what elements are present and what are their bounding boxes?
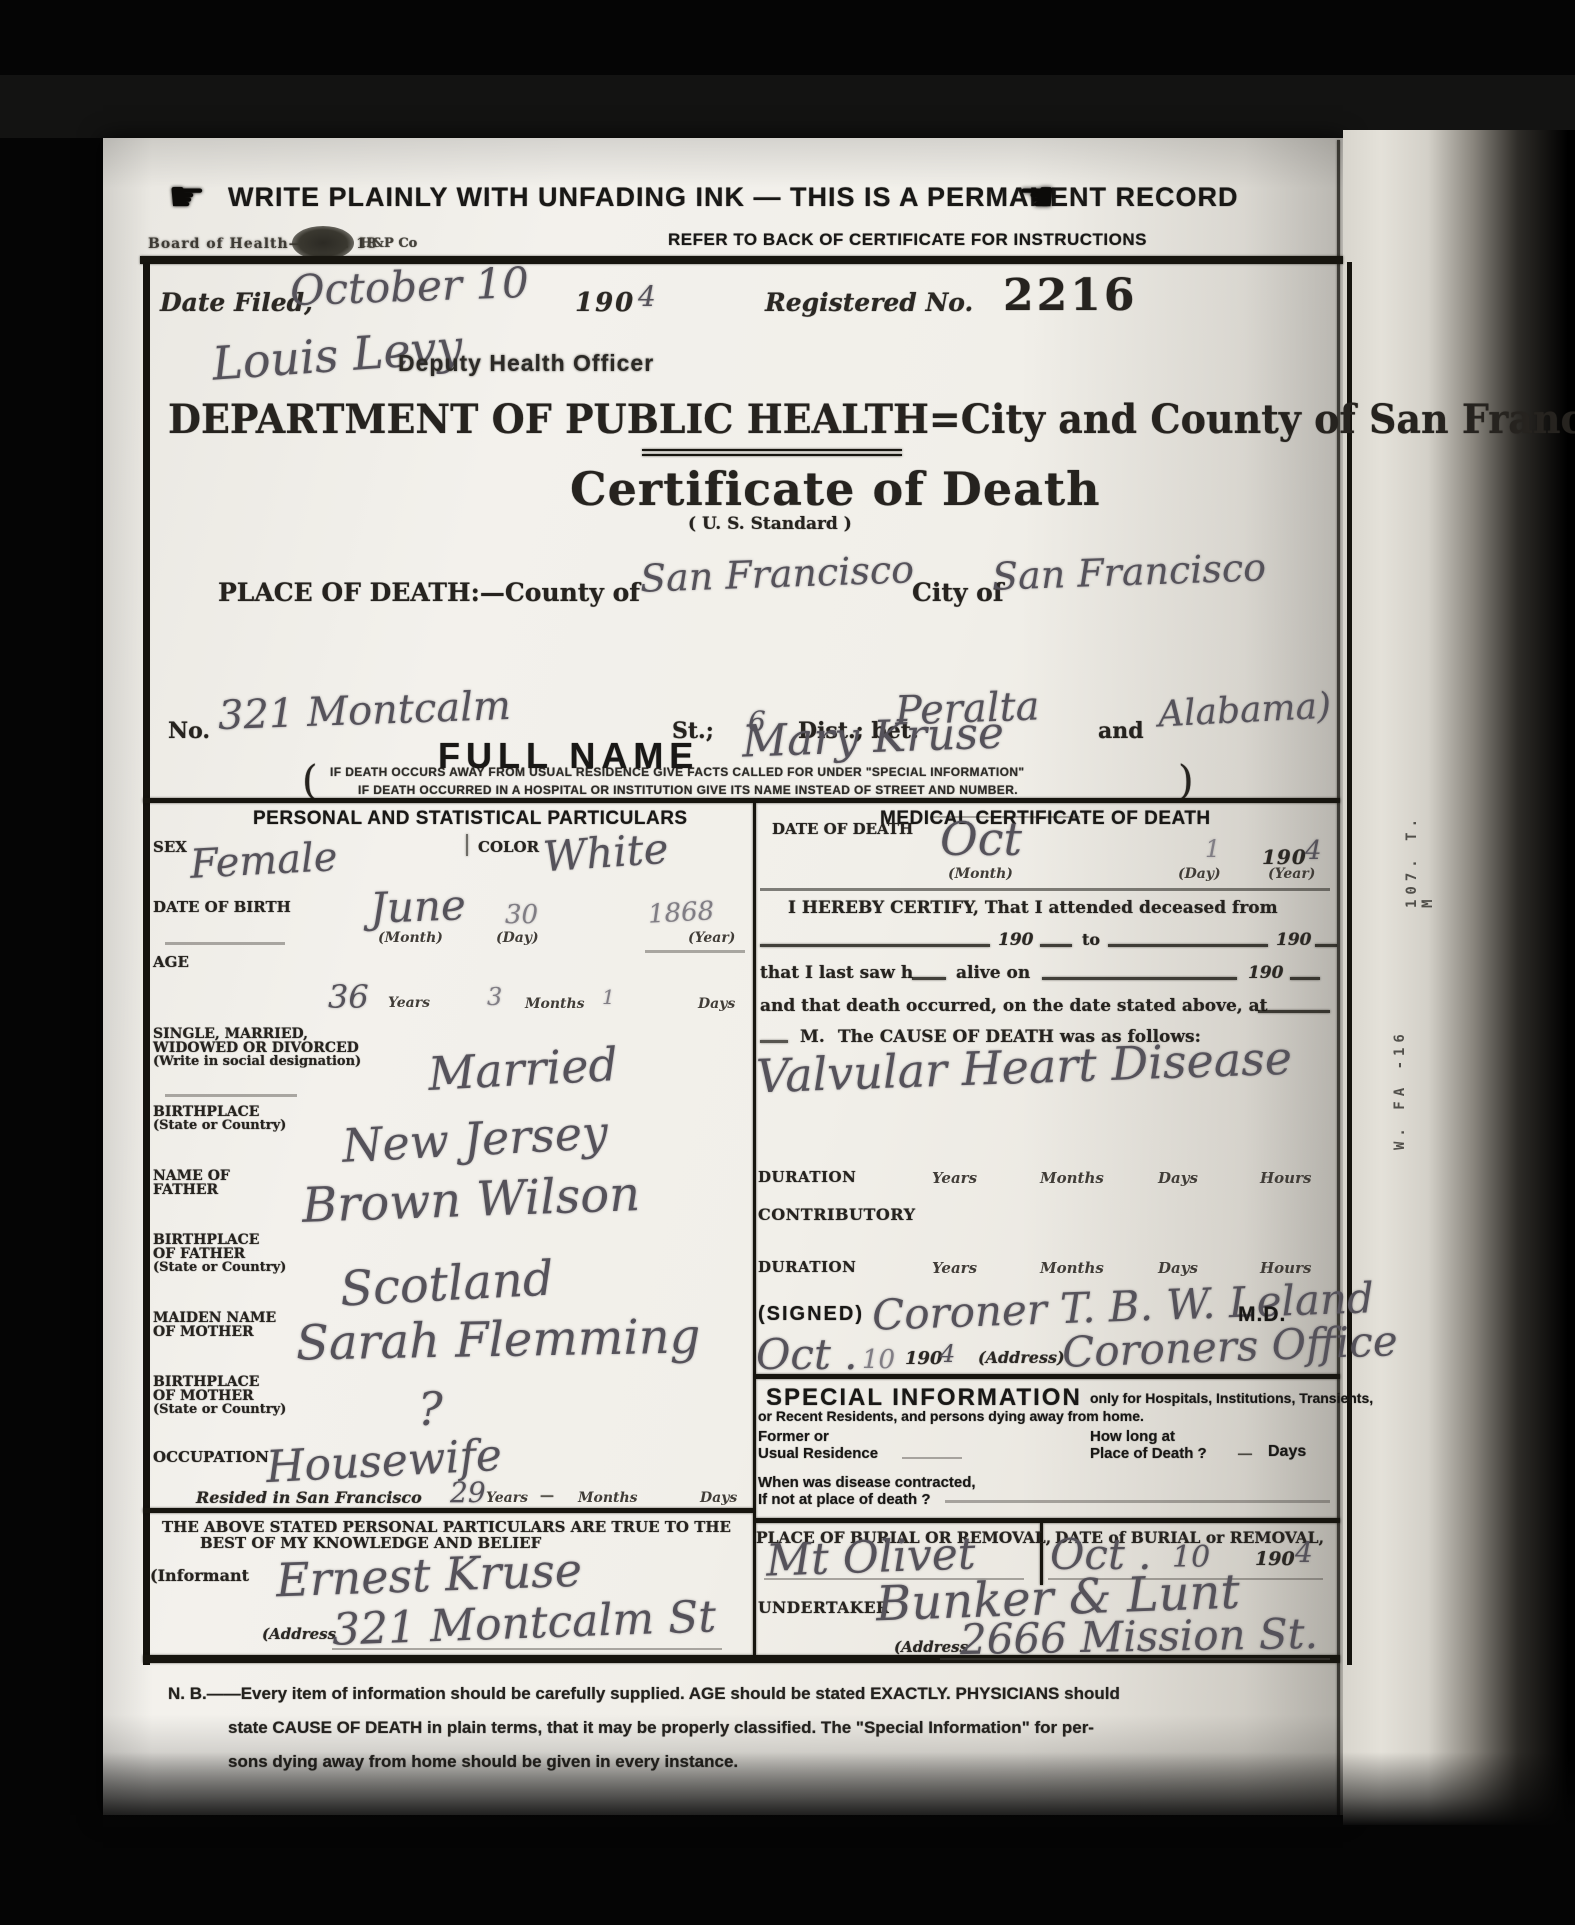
informant-label: (Informant — [150, 1566, 249, 1585]
mother-name-label-line2: OF MOTHER — [153, 1324, 254, 1340]
city-of-label: City of — [912, 578, 1004, 607]
how-long-label-line1: How long at — [1090, 1428, 1175, 1445]
dob-day-value: 30 — [505, 900, 538, 930]
resided-years-caption: Years — [486, 1490, 528, 1506]
disease-contracted-blank — [945, 1500, 1330, 1503]
how-long-label-line2: Place of Death ? — [1090, 1445, 1207, 1462]
how-long-days-label: Days — [1268, 1443, 1306, 1461]
margin-ink-fragment: W. FA -16 — [1392, 970, 1408, 1150]
certify-blank-1 — [760, 944, 990, 947]
signed-label: (SIGNED) — [758, 1303, 864, 1326]
marital-value: Married — [427, 1037, 619, 1101]
scan-bottom-shadow — [103, 1752, 1575, 1827]
former-residence-label-line2: Usual Residence — [758, 1445, 878, 1462]
undertaker-address-underline — [940, 1658, 1330, 1660]
duration1-months: Months — [1040, 1169, 1104, 1187]
medical-section-title: MEDICAL CERTIFICATE OF DEATH — [880, 808, 1211, 830]
sex-label: SEX — [153, 838, 187, 856]
us-standard-note: ( U. S. Standard ) — [688, 514, 852, 534]
dob-label: DATE OF BIRTH — [153, 898, 291, 916]
dod-year-written: 4 — [1305, 836, 1322, 866]
dod-month-caption: (Month) — [948, 866, 1013, 882]
dob-year-underline — [645, 950, 745, 953]
full-name-value: Mary Kruse — [741, 707, 1005, 767]
death-occurred-line: and that death occurred, on the date sta… — [760, 996, 1268, 1016]
duration1-years: Years — [932, 1169, 977, 1187]
last-saw-blank — [1042, 977, 1237, 980]
department-title: DEPARTMENT OF PUBLIC HEALTH=City and Cou… — [168, 396, 1575, 443]
rule-attestation — [143, 1508, 753, 1513]
certify-line: I HEREBY CERTIFY, That I attended deceas… — [788, 898, 1278, 918]
last-saw-line: that I last saw h — [760, 963, 913, 983]
signed-date-year-printed: 190 — [905, 1348, 943, 1369]
father-name-label-line2: FATHER — [153, 1182, 218, 1198]
mother-birthplace-caption: (State or Country) — [153, 1402, 286, 1417]
former-residence-blank — [902, 1457, 962, 1459]
date-filed-year-printed: 190 — [575, 288, 635, 318]
undertaker-address-label: (Address — [894, 1638, 968, 1656]
occupation-label: OCCUPATION — [153, 1448, 269, 1466]
dob-month-caption: (Month) — [378, 930, 443, 946]
last-saw-dash-1 — [912, 977, 946, 980]
father-name-value: Brown Wilson — [301, 1166, 641, 1234]
scanned-death-certificate: 107. T. M W. FA -16 ☛ WRITE PLAINLY WITH… — [0, 0, 1575, 1925]
rule-certify-top — [760, 888, 1330, 891]
mother-birthplace-value: ? — [418, 1382, 443, 1436]
nb-note-line1: N. B.——Every item of information should … — [168, 1684, 1120, 1704]
age-years-value: 36 — [328, 978, 369, 1016]
signed-date-day: 10 — [862, 1345, 895, 1375]
special-info-note2: or Recent Residents, and persons dying a… — [758, 1408, 1144, 1424]
date-of-death-month: Oct — [940, 812, 1022, 866]
resided-years-value: 29 — [450, 1476, 486, 1509]
refer-instructions-text: REFER TO BACK OF CERTIFICATE FOR INSTRUC… — [668, 230, 1147, 250]
color-label: COLOR — [478, 838, 539, 856]
date-of-death-label: DATE OF DEATH — [772, 820, 913, 838]
dob-month-value: June — [369, 880, 466, 932]
dob-year-caption: (Year) — [688, 930, 735, 946]
duration-label-1: DURATION — [758, 1168, 856, 1186]
burial-date-year-written: 4 — [1295, 1536, 1313, 1569]
father-birthplace-caption: (State or Country) — [153, 1260, 286, 1275]
father-birthplace-value: Scotland — [339, 1250, 555, 1317]
street-no-label: No. — [168, 718, 210, 744]
resided-label: Resided in San Francisco — [196, 1488, 422, 1507]
duration1-hours: Hours — [1260, 1169, 1311, 1187]
pointing-hand-right-icon: ☛ — [168, 172, 220, 216]
margin-ink-fragment: 107. T. M — [1404, 788, 1436, 908]
printer-mark: H&P Co — [360, 236, 417, 251]
special-info-note1: only for Hospitals, Institutions, Transi… — [1090, 1390, 1373, 1406]
certify-to-label: to — [1082, 930, 1100, 949]
burial-date-year-printed: 190 — [1255, 1548, 1295, 1570]
birthplace-caption: (State or Country) — [153, 1118, 286, 1133]
stamp-mark — [292, 226, 354, 260]
last-saw-dash-2 — [1290, 977, 1320, 980]
resided-months-dash: — — [540, 1488, 554, 1504]
rule-burial — [756, 1518, 1340, 1523]
former-residence-label-line1: Former or — [758, 1428, 829, 1445]
m-label: M. — [800, 1027, 825, 1047]
color-value: White — [541, 824, 670, 882]
rule-special-info — [756, 1374, 1340, 1379]
marital-label-line3: (Write in social designation) — [153, 1054, 361, 1069]
rule-columns-top — [143, 798, 1340, 803]
banner-text: WRITE PLAINLY WITH UNFADING INK — THIS I… — [228, 182, 1239, 213]
marital-blank-line — [165, 1094, 297, 1097]
age-years-caption: Years — [388, 995, 430, 1011]
nb-note-line2: state CAUSE OF DEATH in plain terms, tha… — [228, 1718, 1094, 1738]
dob-year-value: 1868 — [647, 896, 715, 929]
signed-address-label: (Address) — [978, 1348, 1065, 1367]
duration2-years: Years — [932, 1259, 977, 1277]
death-occurred-blank — [1258, 1010, 1330, 1013]
age-days-value: 1 — [602, 985, 615, 1009]
dob-day-caption: (Day) — [496, 930, 539, 946]
certify-blank-2 — [1108, 944, 1268, 947]
duration-label-2: DURATION — [758, 1258, 856, 1276]
book-page-edge — [1343, 130, 1575, 1825]
undertaker-address-value: 2666 Mission St. — [960, 1609, 1319, 1664]
registered-no-label: Registered No. — [765, 288, 973, 317]
disease-contracted-label-line2: If not at place of death ? — [758, 1491, 931, 1508]
dob-blank-line — [165, 942, 285, 945]
undertaker-label: UNDERTAKER — [758, 1598, 889, 1617]
scan-top-band — [0, 75, 1575, 138]
residence-note-line2: IF DEATH OCCURRED IN A HOSPITAL OR INSTI… — [358, 783, 1018, 797]
dod-year-caption: (Year) — [1268, 866, 1315, 882]
certify-dash-1 — [1040, 944, 1072, 947]
registered-no-value: 2216 — [1003, 270, 1137, 321]
pointing-hand-left-icon: ☚ — [1018, 172, 1070, 216]
informant-address-label: (Address — [262, 1625, 336, 1643]
contributory-label: CONTRIBUTORY — [758, 1205, 916, 1224]
alive-on-label: alive on — [956, 963, 1030, 983]
date-filed-year-written: 4 — [638, 280, 656, 313]
double-rule-top — [642, 449, 902, 451]
full-name-label: FULL NAME — [438, 735, 699, 777]
m-dash — [760, 1040, 788, 1043]
duration2-days: Days — [1158, 1259, 1198, 1277]
age-months-value: 3 — [487, 983, 502, 1011]
age-months-caption: Months — [525, 996, 585, 1012]
signed-date-year-written: 4 — [940, 1340, 955, 1368]
date-filed-value: October 10 — [289, 258, 529, 315]
certify-190-b: 190 — [1276, 930, 1312, 950]
age-days-caption: Days — [698, 996, 735, 1012]
sex-value: Female — [189, 834, 339, 888]
certify-190-a: 190 — [998, 930, 1034, 950]
how-long-dash: — — [1238, 1445, 1252, 1461]
certificate-title: Certificate of Death — [570, 462, 1101, 516]
mother-name-value: Sarah Flemming — [296, 1308, 701, 1371]
informant-address-underline — [332, 1648, 722, 1650]
color-divider-tick — [466, 834, 468, 856]
place-of-death-label: PLACE OF DEATH:—County of — [218, 578, 640, 607]
age-label: AGE — [153, 953, 189, 971]
last-saw-190: 190 — [1248, 963, 1284, 983]
signed-date-month: Oct . — [756, 1330, 858, 1379]
duration1-days: Days — [1158, 1169, 1198, 1187]
date-of-death-day: 1 — [1205, 835, 1220, 863]
certify-dash-2 — [1315, 944, 1337, 947]
dod-day-caption: (Day) — [1178, 866, 1221, 882]
disease-contracted-label-line1: When was disease contracted, — [758, 1474, 976, 1491]
resided-days-caption: Days — [700, 1490, 737, 1506]
double-rule-bottom — [642, 454, 902, 456]
deputy-health-officer-stamp: Deputy Health Officer — [398, 350, 654, 377]
duration2-months: Months — [1040, 1259, 1104, 1277]
and-label: and — [1098, 718, 1144, 744]
resided-months-caption: Months — [578, 1490, 638, 1506]
duration2-hours: Hours — [1260, 1259, 1311, 1277]
